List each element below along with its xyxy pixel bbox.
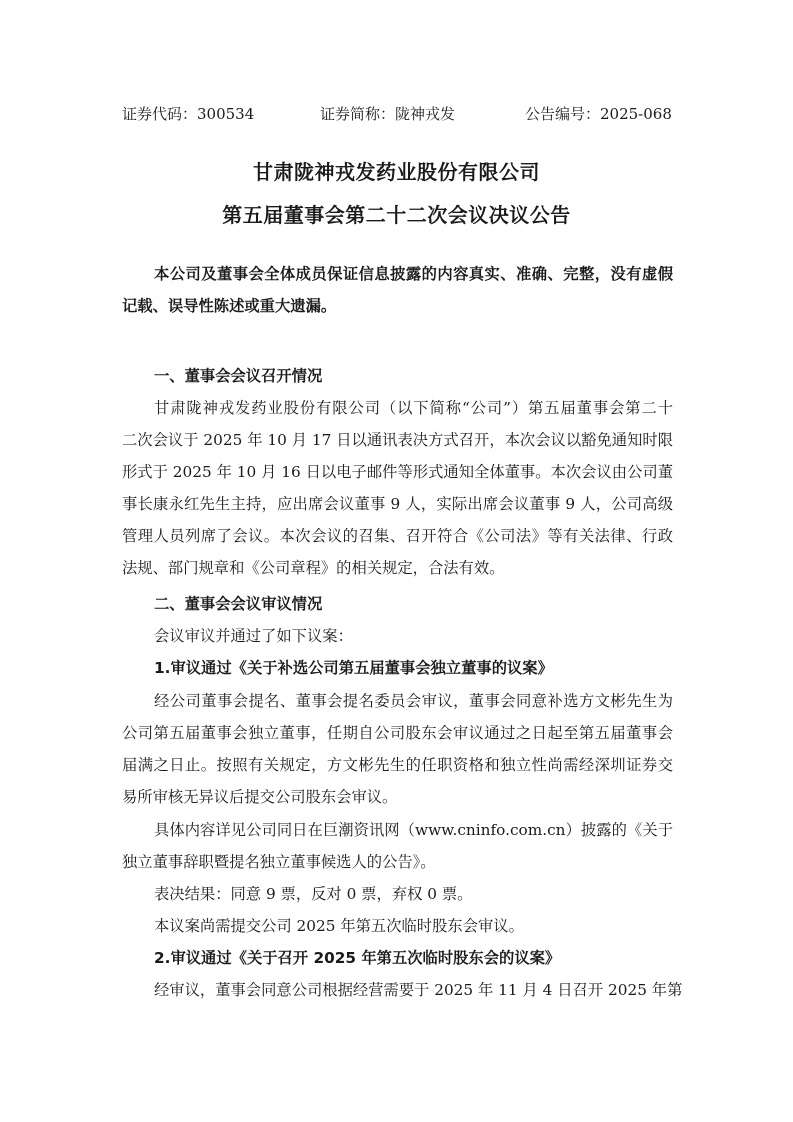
announcement-subject-title: 第五届董事会第二十二次会议决议公告 xyxy=(0,201,793,229)
stock-abbreviation: 证券简称：陇神戎发 xyxy=(320,102,455,126)
paragraph-line: 独立董事辞职暨提名独立董事候选人的公告》。 xyxy=(122,850,436,874)
vote-result: 表决结果：同意 9 票，反对 0 票，弃权 0 票。 xyxy=(154,882,472,906)
section-heading: 一、董事会会议召开情况 xyxy=(154,364,322,388)
paragraph-line: 形式于 2025 年 10 月 16 日以电子邮件等形式通知全体董事。本次会议由… xyxy=(122,460,673,484)
paragraph-line: 法规、部门规章和《公司章程》的相关规定，合法有效。 xyxy=(122,556,504,580)
statement-line: 记载、误导性陈述或重大遗漏。 xyxy=(122,294,336,318)
company-name-title: 甘肃陇神戎发药业股份有限公司 xyxy=(0,158,793,186)
paragraph-line: 易所审核无异议后提交公司股东会审议。 xyxy=(122,785,397,809)
paragraph-line: 管理人员列席了会议。本次会议的召集、召开符合《公司法》等有关法律、行政 xyxy=(122,524,673,548)
paragraph-line: 二次会议于 2025 年 10 月 17 日以通讯表决方式召开，本次会议以豁免通… xyxy=(122,428,673,452)
paragraph-line: 公司第五届董事会独立董事，任期自公司股东会审议通过之日起至第五届董事会 xyxy=(122,721,673,745)
paragraph-line: 甘肃陇神戎发药业股份有限公司（以下简称“公司”）第五届董事会第二十 xyxy=(154,396,673,420)
paragraph-line: 具体内容详见公司同日在巨潮资讯网（www.cninfo.com.cn）披露的《关… xyxy=(154,818,673,842)
paragraph-line: 经审议，董事会同意公司根据经营需要于 2025 年 11 月 4 日召开 202… xyxy=(154,978,673,1002)
announcement-header: 证券代码：300534 证券简称：陇神戎发 公告编号：2025-068 xyxy=(122,102,672,126)
resolution-title: 2.审议通过《关于召开 2025 年第五次临时股东会的议案》 xyxy=(154,946,560,970)
paragraph-line: 届满之日止。按照有关规定，方文彬先生的任职资格和独立性尚需经深圳证券交 xyxy=(122,753,673,777)
paragraph-line: 事长康永红先生主持，应出席会议董事 9 人，实际出席会议董事 9 人，公司高级 xyxy=(122,492,673,516)
paragraph-line: 本议案尚需提交公司 2025 年第五次临时股东会审议。 xyxy=(154,914,524,938)
resolution-title: 1.审议通过《关于补选公司第五届董事会独立董事的议案》 xyxy=(154,656,553,680)
stock-code: 证券代码：300534 xyxy=(122,102,254,126)
statement-line: 本公司及董事会全体成员保证信息披露的内容真实、准确、完整，没有虚假 xyxy=(154,262,673,286)
document-page: 证券代码：300534 证券简称：陇神戎发 公告编号：2025-068 甘肃陇神… xyxy=(0,0,793,1122)
paragraph-line: 会议审议并通过了如下议案： xyxy=(154,624,353,648)
announcement-number: 公告编号：2025-068 xyxy=(525,102,672,126)
paragraph-line: 经公司董事会提名、董事会提名委员会审议，董事会同意补选方文彬先生为 xyxy=(154,689,673,713)
section-heading: 二、董事会会议审议情况 xyxy=(154,592,322,616)
